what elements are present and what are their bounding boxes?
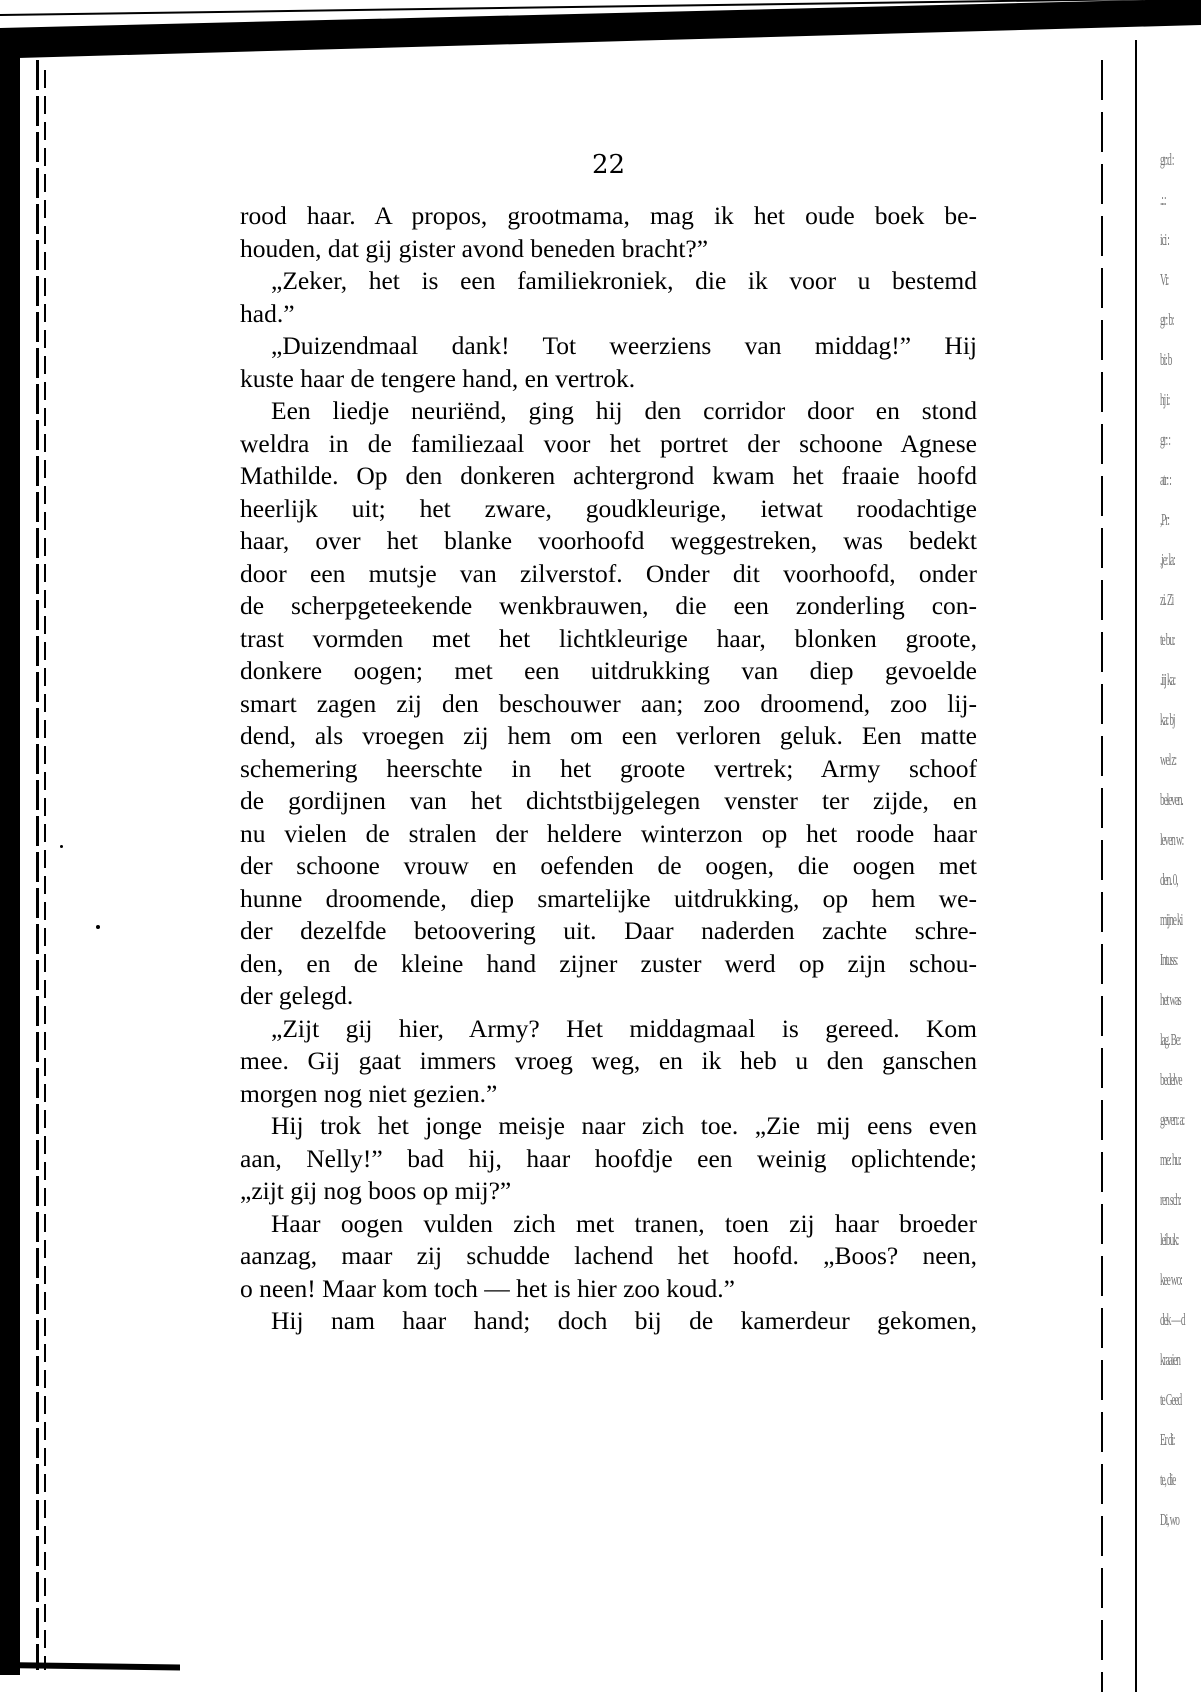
text-line: door een mutsje van zilverstof. Onder di… (240, 558, 977, 591)
text-line: morgen nog niet gezien.” (240, 1078, 977, 1111)
bleed-through-fragment: leibuk: (1160, 1220, 1193, 1260)
text-line: houden, dat gij gister avond beneden bra… (240, 233, 977, 266)
text-line: Hij trok het jonge meisje naar zich toe.… (240, 1110, 977, 1143)
bleed-through-fragment: te, die (1160, 1460, 1193, 1500)
text-line: „zijt gij nog boos op mij?” (240, 1175, 977, 1208)
bleed-through-fragment: leven w: (1160, 820, 1193, 860)
bleed-through-fragment: den. 0, (1160, 860, 1193, 900)
text-line: dend, als vroegen zij hem om een verlore… (240, 720, 977, 753)
bleed-through-fragment: bi: b (1160, 340, 1193, 380)
bleed-through-fragment: zi. Zi (1160, 580, 1193, 620)
bleed-through-fragment: .iij ka: (1160, 660, 1193, 700)
bleed-through-fragment: ,Pr: (1160, 500, 1193, 540)
text-line: donkere oogen; met een uitdrukking van d… (240, 655, 977, 688)
bleed-through-fragment: lag. Be: (1160, 1020, 1193, 1060)
text-line: haar, over het blanke voorhoofd weggestr… (240, 525, 977, 558)
text-line: weldra in de familiezaal voor het portre… (240, 428, 977, 461)
bleed-through-fragment: Er di: (1160, 1420, 1193, 1460)
text-line: der gelegd. (240, 980, 977, 1013)
bleed-through-fragment: ,je: la: (1160, 540, 1193, 580)
bleed-through-fragment: te bu: (1160, 620, 1193, 660)
text-line: „Zijt gij hier, Army? Het middagmaal is … (240, 1013, 977, 1046)
dust-speck (60, 845, 63, 848)
bleed-through-fragment: wel z: (1160, 740, 1193, 780)
dust-speck (96, 925, 100, 929)
bleed-through-fragment: geven: a: (1160, 1100, 1193, 1140)
bleed-through-fragment: Di, wo (1160, 1500, 1193, 1540)
bleed-through-fragment: ren sch: (1160, 1180, 1193, 1220)
bleed-through-fragment: Intuss: (1160, 940, 1193, 980)
text-line: der dezelfde betoovering uit. Daar nader… (240, 915, 977, 948)
bleed-through-fragment: kraaien (1160, 1340, 1193, 1380)
bleed-through-fragment: dek — d (1160, 1300, 1193, 1340)
page-number-text: 22 (592, 150, 625, 180)
scan-bottom-edge (0, 1662, 180, 1671)
bleed-through-fragment: hj i: (1160, 380, 1193, 420)
text-line: der schoone vrouw en oefenden de oogen, … (240, 850, 977, 883)
page-edge-rule (1101, 60, 1103, 1692)
page-edge-rule (1135, 40, 1137, 1692)
book-binding-shadow (0, 50, 20, 1675)
text-line: rood haar. A propos, grootmama, mag ik h… (240, 200, 977, 233)
body-text: rood haar. A propos, grootmama, mag ik h… (240, 200, 977, 1338)
binding-line (36, 60, 39, 1670)
text-line: smart zagen zij den beschouwer aan; zoo … (240, 688, 977, 721)
text-line: mee. Gij gaat immers vroeg weg, en ik he… (240, 1045, 977, 1078)
binding-line (44, 70, 46, 1670)
text-line: kuste haar de tengere hand, en vertrok. (240, 363, 977, 396)
bleed-through-fragment: ka: bj (1160, 700, 1193, 740)
text-line: trast vormden met het lichtkleurige haar… (240, 623, 977, 656)
text-line: de gordijnen van het dichtstbijgelegen v… (240, 785, 977, 818)
bleed-through-fragment: kee wo: (1160, 1260, 1193, 1300)
bleed-through-fragment: bedelve (1160, 1060, 1193, 1100)
bleed-through-fragment: .:.: (1160, 180, 1193, 220)
bleed-through-fragment: het was (1160, 980, 1193, 1020)
bleed-through-fragment: gr: : (1160, 420, 1193, 460)
bleed-through-fragment: gr: b: (1160, 300, 1193, 340)
text-line: Haar oogen vulden zich met tranen, toen … (240, 1208, 977, 1241)
bleed-through-text: gr:d :.:.:ici :Vi:gr: b:bi: bhj i:gr: :a… (1160, 140, 1193, 1540)
text-line: Hij nam haar hand; doch bij de kamerdeur… (240, 1305, 977, 1338)
bleed-through-fragment: te Geed (1160, 1380, 1193, 1420)
text-line: o neen! Maar kom toch — het is hier zoo … (240, 1273, 977, 1306)
text-line: nu vielen de stralen der heldere winterz… (240, 818, 977, 851)
text-line: aan, Nelly!” bad hij, haar hoofdje een w… (240, 1143, 977, 1176)
bleed-through-fragment: atr: : (1160, 460, 1193, 500)
text-line: hunne droomende, diep smartelijke uitdru… (240, 883, 977, 916)
text-line: de scherpgeteekende wenkbrauwen, die een… (240, 590, 977, 623)
text-line: aanzag, maar zij schudde lachend het hoo… (240, 1240, 977, 1273)
text-line: Mathilde. Op den donkeren achtergrond kw… (240, 460, 977, 493)
text-line: heerlijk uit; het zware, goudkleurige, i… (240, 493, 977, 526)
text-line: „Duizendmaal dank! Tot weerziens van mid… (240, 330, 977, 363)
bleed-through-fragment: ici : (1160, 220, 1193, 260)
page-number: 22 (0, 150, 1201, 180)
text-line: schemering heerschte in het groote vertr… (240, 753, 977, 786)
text-line: den, en de kleine hand zijner zuster wer… (240, 948, 977, 981)
bleed-through-fragment: beleven. (1160, 780, 1193, 820)
bleed-through-fragment: me: hu: (1160, 1140, 1193, 1180)
bleed-through-fragment: mijne ki (1160, 900, 1193, 940)
text-line: „Zeker, het is een familiekroniek, die i… (240, 265, 977, 298)
bleed-through-fragment: Vi: (1160, 260, 1193, 300)
text-line: had.” (240, 298, 977, 331)
text-line: Een liedje neuriënd, ging hij den corrid… (240, 395, 977, 428)
